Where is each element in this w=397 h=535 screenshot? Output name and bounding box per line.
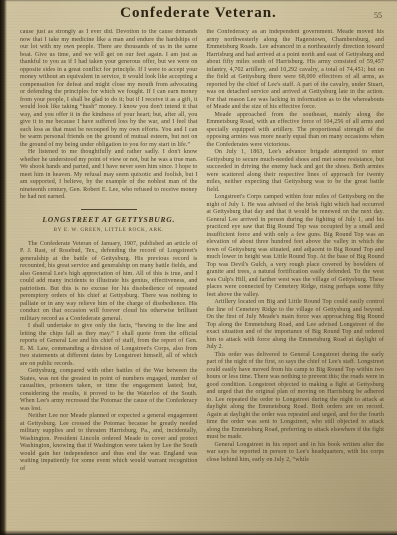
section-divider-rule	[81, 209, 137, 210]
paragraph: Neither Lee nor Meade planned or expecte…	[20, 413, 198, 473]
masthead: Confederate Veteran. 55	[0, 0, 397, 22]
paragraph: The Confederate Veteran of January, 1907…	[20, 241, 198, 324]
page-binding-edge	[0, 0, 7, 535]
article-title: LONGSTREET AT GETTYSBURG.	[20, 216, 198, 224]
article-byline: BY E. W. GREEN, LITTLE ROCK, ARK.	[20, 227, 198, 235]
paragraph: I shall undertake to give only the facts…	[20, 323, 198, 368]
paragraph: Meade approached from the southeast, mai…	[207, 112, 385, 150]
paragraph: On July 1, 1863, Lee's advance brigade a…	[207, 149, 385, 194]
right-column: the Confederacy as an independent govern…	[207, 29, 385, 531]
paragraph: Longstreet's Corps camped within four mi…	[207, 194, 385, 299]
paragraph: General Longstreet in his report and in …	[207, 442, 385, 465]
text-columns: cause just as strongly as I ever did. De…	[20, 29, 384, 531]
magazine-page-scan: Confederate Veteran. 55 cause just as st…	[0, 0, 397, 535]
paragraph: cause just as strongly as I ever did. De…	[20, 29, 198, 149]
paragraph: This order was delivered to General Long…	[207, 352, 385, 442]
page-number: 55	[374, 11, 382, 20]
paragraph: Artillery located on Big and Little Roun…	[207, 299, 385, 352]
left-column: cause just as strongly as I ever did. De…	[20, 29, 198, 531]
paragraph: He listened to me thoughtfully and rathe…	[20, 149, 198, 202]
paragraph: the Confederacy as an independent govern…	[207, 29, 385, 112]
masthead-title: Confederate Veteran.	[0, 5, 397, 22]
paragraph: Gettysburg, compared with other battles …	[20, 368, 198, 413]
